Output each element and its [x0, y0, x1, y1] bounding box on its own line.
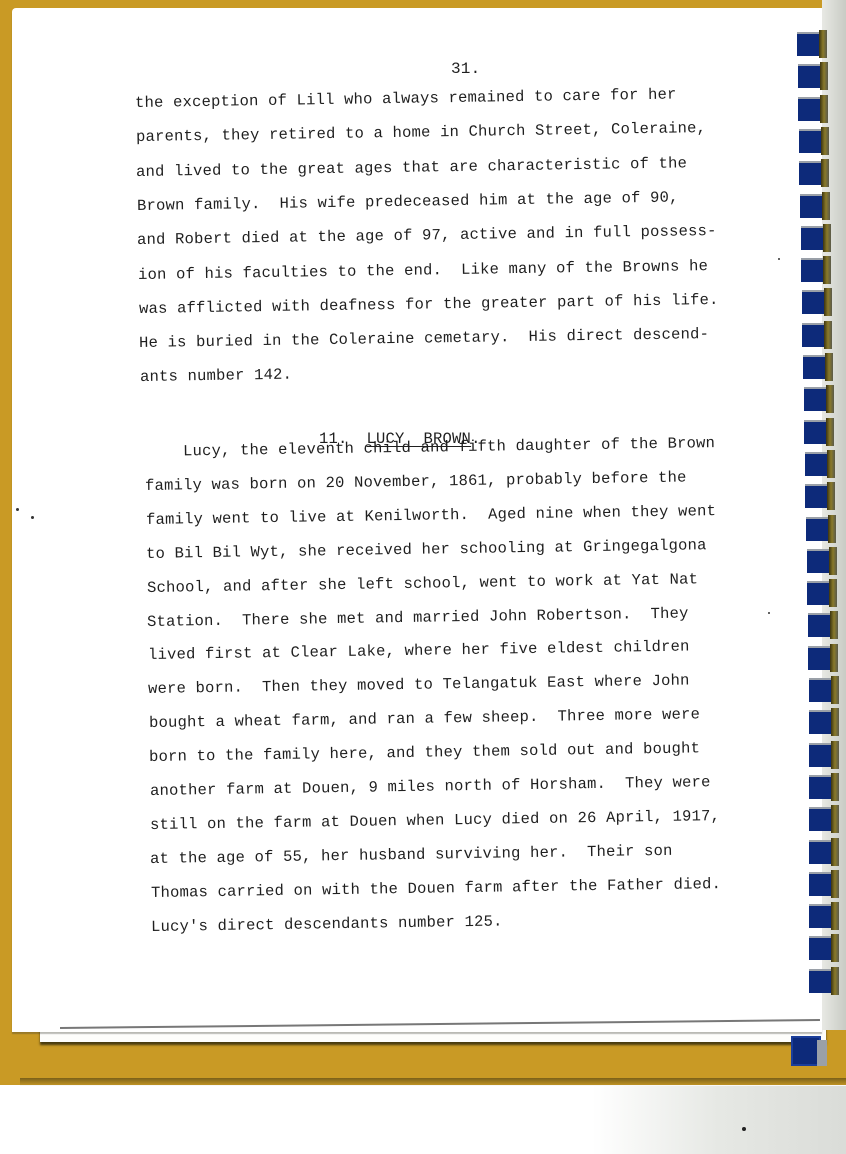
binding-ring-icon	[809, 967, 839, 993]
binding-ring-icon	[807, 547, 837, 573]
binding-ring-icon	[799, 127, 829, 153]
binding-ring-icon	[797, 30, 827, 56]
binding-ring-icon	[809, 838, 839, 864]
binding-ring-icon	[799, 159, 829, 185]
text-line: ants number 142.	[140, 366, 292, 386]
page-number: 31.	[451, 60, 480, 78]
binding-ring-icon	[801, 224, 831, 250]
binding-ring-bottom-icon	[787, 1036, 829, 1070]
binding-ring-icon	[806, 515, 836, 541]
binding-ring-icon	[803, 353, 833, 379]
binding-ring-icon	[809, 805, 839, 831]
binding-ring-icon	[809, 773, 839, 799]
table-surface	[0, 1086, 846, 1154]
folder-shadow	[20, 1078, 846, 1086]
binding-ring-icon	[809, 902, 839, 928]
binding-ring-icon	[809, 676, 839, 702]
page-speck	[768, 612, 770, 614]
binding-ring-icon	[804, 418, 834, 444]
page-speck	[778, 258, 780, 260]
page-speck	[31, 516, 34, 519]
page-speck	[16, 508, 19, 511]
surface-speck	[742, 1127, 746, 1131]
binding-ring-icon	[804, 385, 834, 411]
binding-ring-icon	[802, 321, 832, 347]
binding-ring-icon	[809, 870, 839, 896]
binding-ring-icon	[800, 192, 830, 218]
binding-ring-icon	[805, 482, 835, 508]
binding-ring-icon	[809, 741, 839, 767]
binding-ring-icon	[809, 934, 839, 960]
binding-ring-icon	[798, 62, 828, 88]
binding-ring-icon	[798, 95, 828, 121]
binding-ring-icon	[807, 579, 837, 605]
binding-ring-icon	[808, 611, 838, 637]
binding-ring-icon	[809, 708, 839, 734]
binding-ring-icon	[808, 644, 838, 670]
binding-ring-icon	[805, 450, 835, 476]
binding-ring-icon	[801, 256, 831, 282]
binding-ring-icon	[802, 288, 832, 314]
